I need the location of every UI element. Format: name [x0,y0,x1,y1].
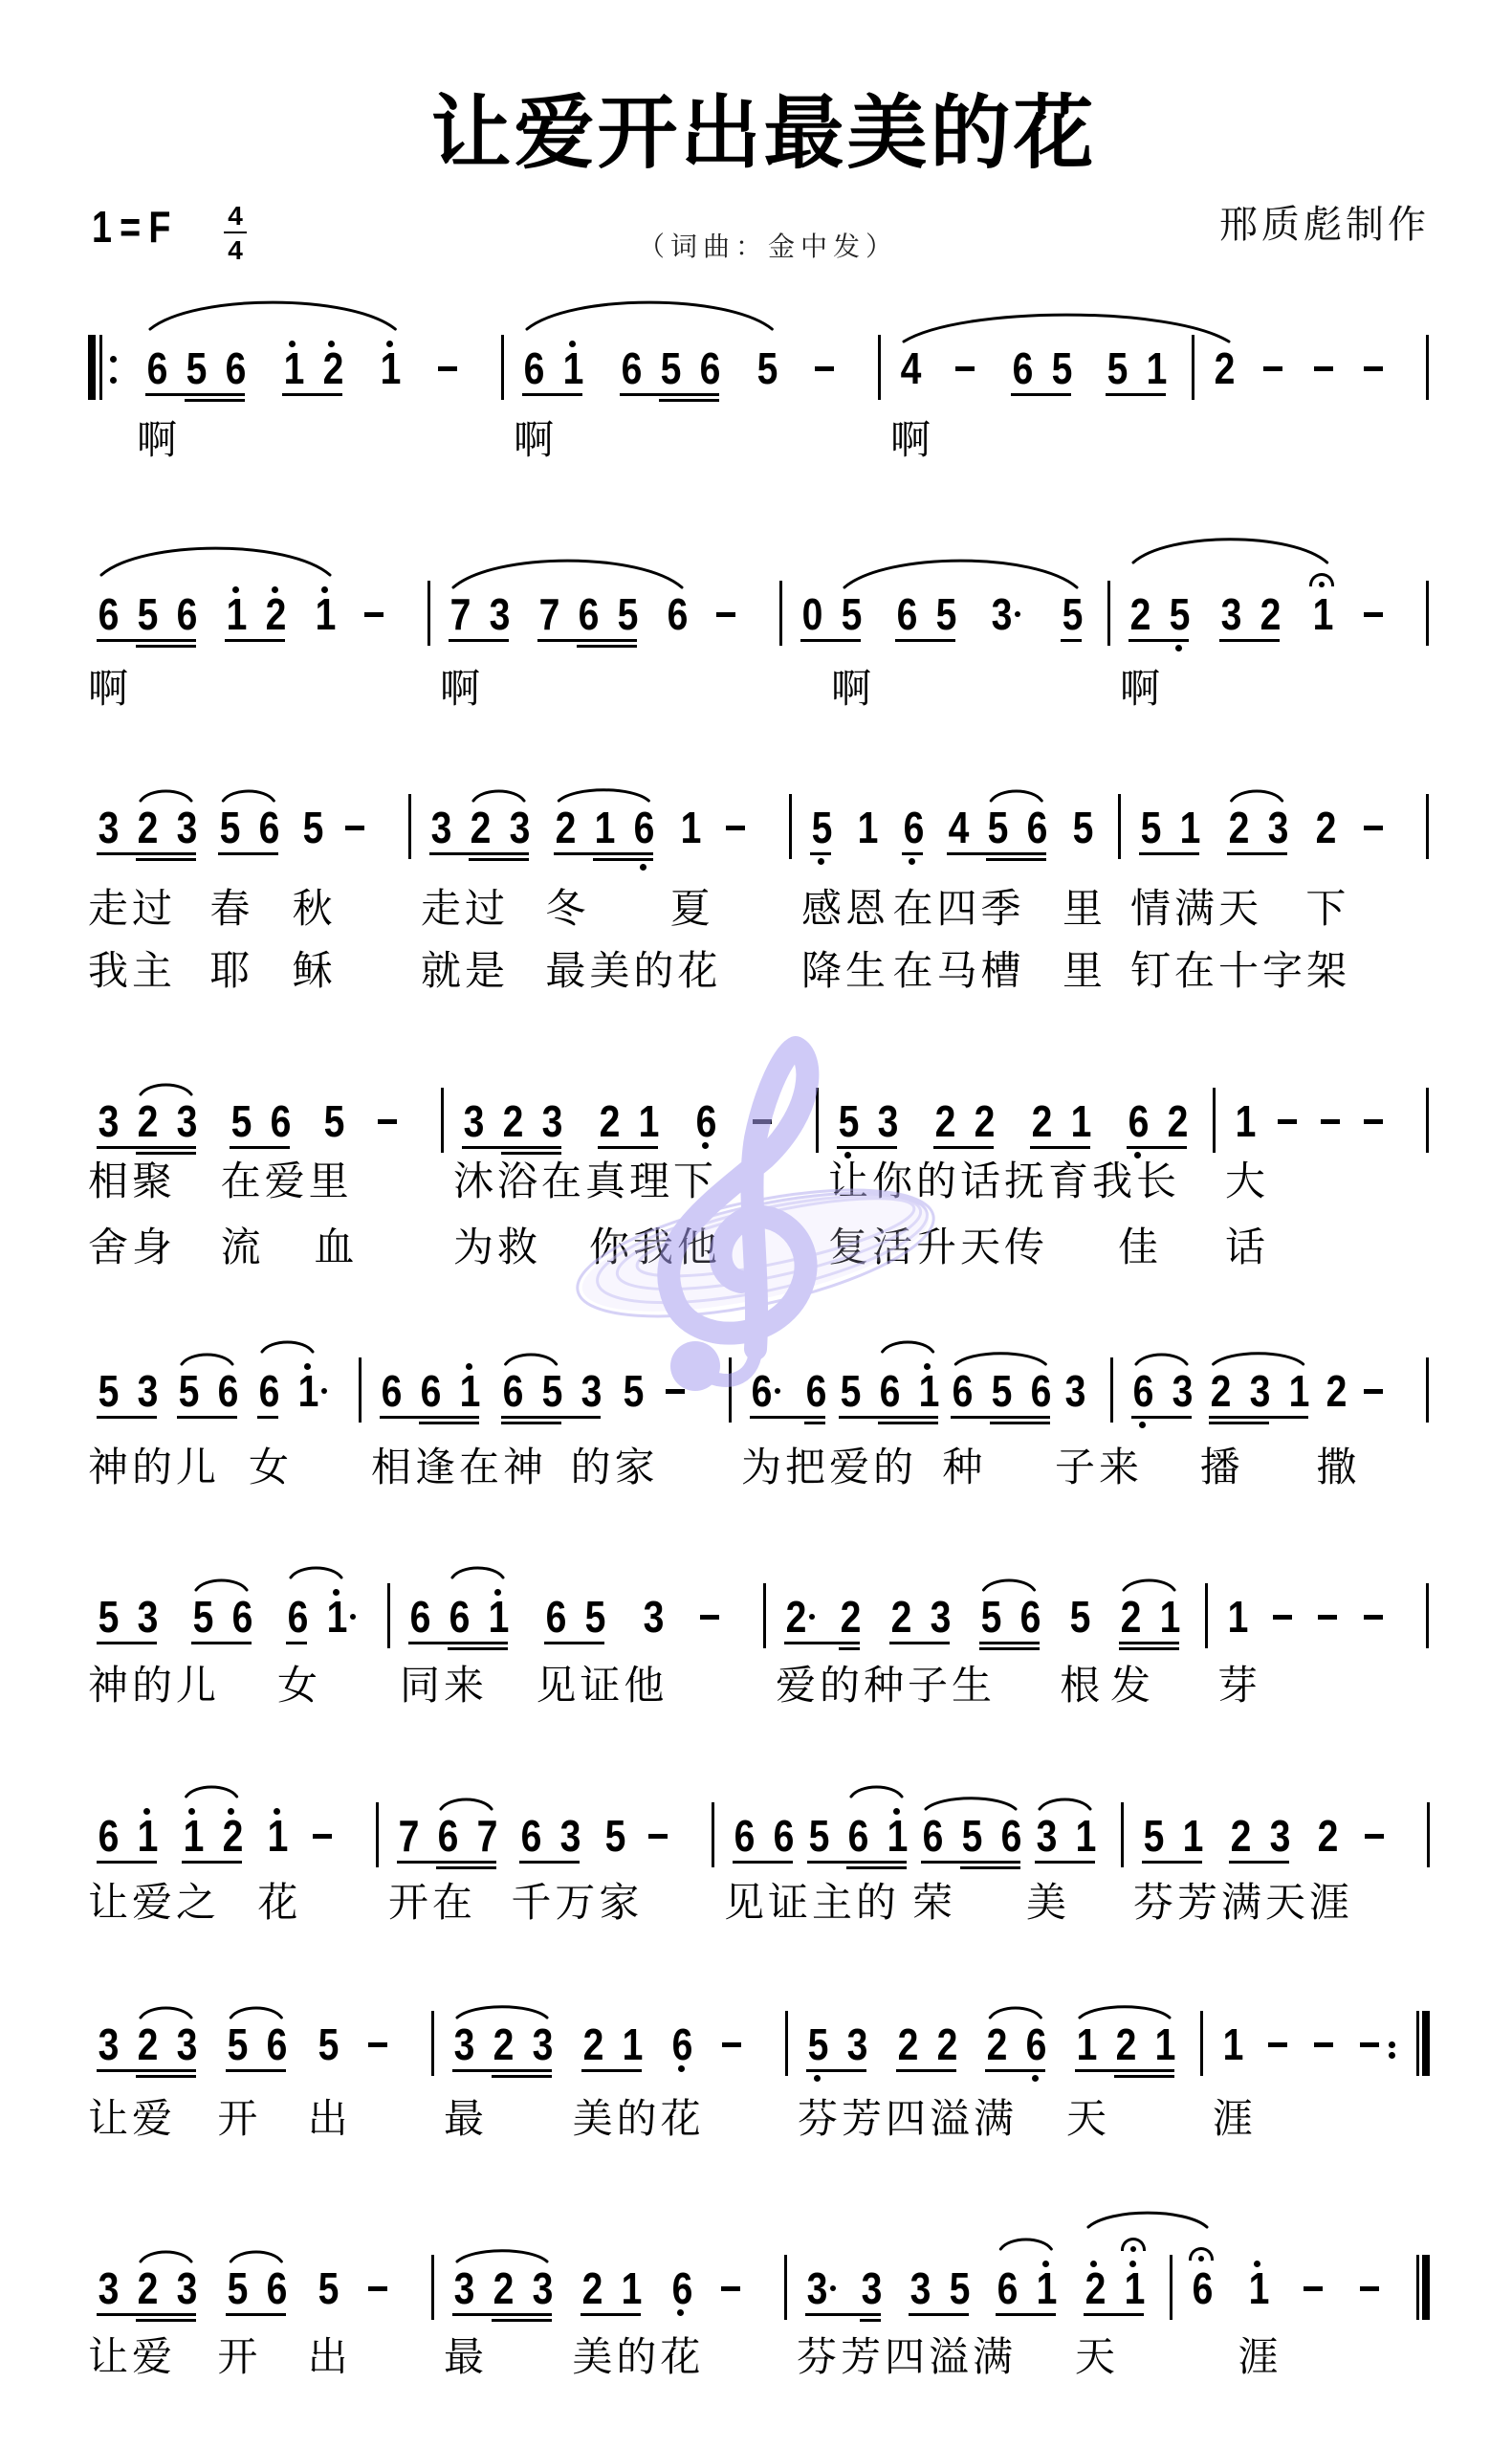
slur [1000,2239,1051,2249]
slur-layer [0,990,1512,1220]
slur [527,302,772,329]
slur-layer [0,237,1512,467]
slur [955,1354,1045,1364]
slur [452,1568,503,1578]
lyric-text: 耶 [209,951,253,991]
slur [186,1787,237,1797]
slur-layer [0,1260,1512,1489]
lyric-text: 就是 [421,951,509,991]
slur [984,1580,1035,1590]
song-title: 让爱开出最美的花 [8,91,1512,175]
slur [904,315,1229,342]
lyric-text: 在马槽 [893,951,1025,991]
slur [223,791,274,801]
lyric-text: 最美的花 [545,951,721,991]
slur [926,1798,1016,1809]
slur [141,791,191,801]
slur [883,1342,933,1352]
slur [1214,1354,1304,1364]
slur [473,791,524,801]
slur [457,2251,547,2261]
slur [1136,1355,1187,1364]
slur [101,548,330,575]
slur [182,1355,232,1364]
slur [1040,1799,1090,1809]
slur [1124,1580,1174,1590]
slur [506,1355,557,1364]
lyric-text: 里 [1063,951,1107,991]
slur [441,1799,492,1809]
slur [453,561,682,587]
slur [141,2252,191,2261]
slur-layer [0,1913,1512,2143]
slur [457,2007,547,2018]
slur [1133,540,1327,563]
slur-layer [0,2157,1512,2387]
slur [230,2008,281,2018]
slur [851,1787,902,1797]
slur [150,302,395,329]
slur [291,1568,341,1578]
slur [230,2252,281,2261]
slur-layer [0,696,1512,926]
lyric-text: 我主 [88,951,176,991]
sheet-music-page: 让爱开出最美的花 1=F 4 4 （词曲：金中发） 邢质彪制作 65612161… [0,0,1512,2449]
lyric-text: 稣 [293,951,337,991]
time-signature-top: 4 [228,203,243,230]
lyric-text: 降生 [801,951,889,991]
slur [141,2008,191,2018]
slur [990,2008,1041,2018]
slur [559,790,648,801]
lyric-text: 钉在十字架 [1130,951,1350,991]
slur-layer [0,1705,1512,1934]
slur-layer [0,1486,1512,1715]
slur [1080,2007,1170,2018]
slur [141,1085,191,1094]
slur [262,1342,313,1352]
slur [844,561,1077,587]
slur [1232,791,1282,801]
slur-layer [0,483,1512,713]
fraction-line [224,232,247,233]
slur [196,1580,247,1590]
slur [991,791,1041,801]
slur [1088,2213,1207,2227]
